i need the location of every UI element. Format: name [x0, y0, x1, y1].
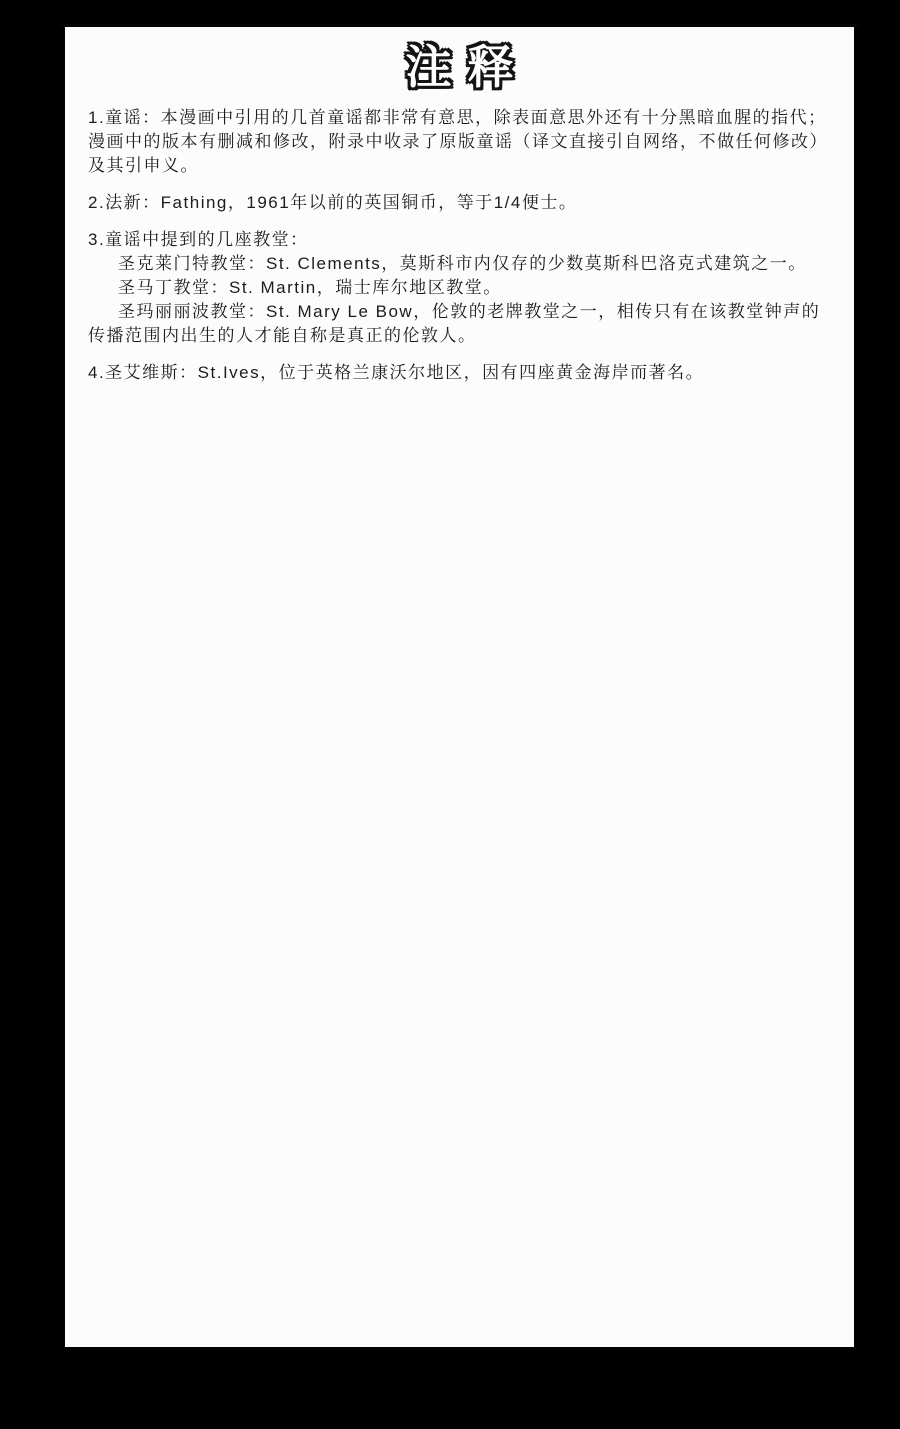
text-line: 圣克莱门特教堂：St. Clements，莫斯科市内仅存的少数莫斯科巴洛克式建筑… [88, 252, 840, 276]
note-paragraph: 3.童谣中提到的几座教堂：圣克莱门特教堂：St. Clements，莫斯科市内仅… [88, 228, 840, 348]
text-line: 及其引申义。 [88, 154, 840, 178]
note-paragraph: 1.童谣：本漫画中引用的几首童谣都非常有意思，除表面意思外还有十分黑暗血腥的指代… [88, 106, 840, 178]
note-paragraph: 4.圣艾维斯：St.Ives，位于英格兰康沃尔地区，因有四座黄金海岸而著名。 [88, 361, 840, 385]
text-line: 漫画中的版本有删减和修改，附录中收录了原版童谣（译文直接引自网络，不做任何修改） [88, 130, 840, 154]
text-line: 1.童谣：本漫画中引用的几首童谣都非常有意思，除表面意思外还有十分黑暗血腥的指代… [88, 106, 840, 130]
text-line: 2.法新：Fathing，1961年以前的英国铜币，等于1/4便士。 [88, 191, 840, 215]
text-line: 3.童谣中提到的几座教堂： [88, 228, 840, 252]
text-line: 圣玛丽丽波教堂：St. Mary Le Bow，伦敦的老牌教堂之一，相传只有在该… [88, 300, 840, 324]
scan-background: 注释 1.童谣：本漫画中引用的几首童谣都非常有意思，除表面意思外还有十分黑暗血腥… [0, 0, 900, 1429]
page-title: 注释 [65, 41, 854, 93]
text-line: 圣马丁教堂：St. Martin，瑞士库尔地区教堂。 [88, 276, 840, 300]
notes-content: 1.童谣：本漫画中引用的几首童谣都非常有意思，除表面意思外还有十分黑暗血腥的指代… [88, 106, 840, 398]
text-line: 传播范围内出生的人才能自称是真正的伦敦人。 [88, 324, 840, 348]
notes-page: 注释 1.童谣：本漫画中引用的几首童谣都非常有意思，除表面意思外还有十分黑暗血腥… [65, 27, 854, 1347]
text-line: 4.圣艾维斯：St.Ives，位于英格兰康沃尔地区，因有四座黄金海岸而著名。 [88, 361, 840, 385]
note-paragraph: 2.法新：Fathing，1961年以前的英国铜币，等于1/4便士。 [88, 191, 840, 215]
page-top-edge [60, 24, 860, 26]
